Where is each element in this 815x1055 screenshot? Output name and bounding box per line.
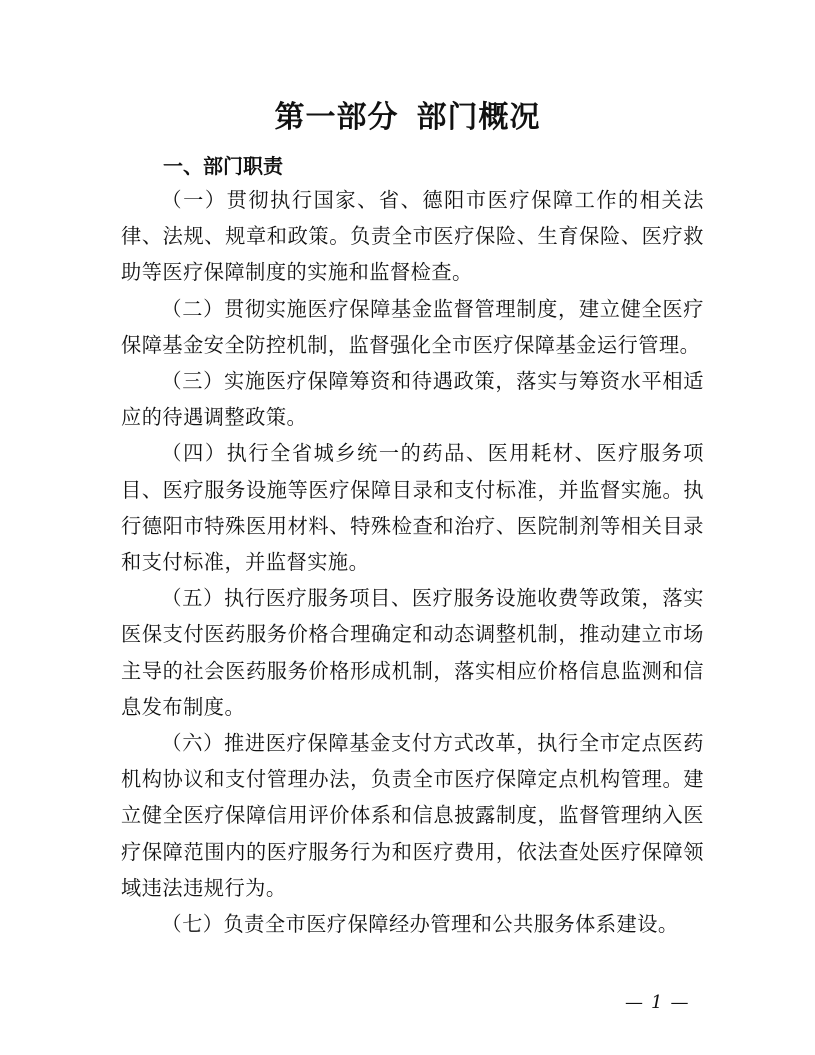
section-heading: 一、部门职责: [163, 150, 283, 179]
page-number: —1—: [625, 992, 690, 1013]
page-number-dash-left: —: [625, 992, 645, 1013]
paragraph-7: （七）负责全市医疗保障经办管理和公共服务体系建设。: [121, 906, 704, 942]
page-number-value: 1: [651, 992, 664, 1013]
document-body: （一）贯彻执行国家、省、德阳市医疗保障工作的相关法律、法规、规章和政策。负责全市…: [121, 182, 704, 942]
title-main: 部门概况: [417, 100, 541, 135]
paragraph-2: （二）贯彻实施医疗保障基金监督管理制度，建立健全医疗保障基金安全防控机制，监督强…: [121, 291, 704, 363]
paragraph-1: （一）贯彻执行国家、省、德阳市医疗保障工作的相关法律、法规、规章和政策。负责全市…: [121, 182, 704, 291]
document-page: 第一部分部门概况 一、部门职责 （一）贯彻执行国家、省、德阳市医疗保障工作的相关…: [0, 0, 815, 1055]
paragraph-4: （四）执行全省城乡统一的药品、医用耗材、医疗服务项目、医疗服务设施等医疗保障目录…: [121, 435, 704, 580]
page-number-dash-right: —: [670, 992, 690, 1013]
paragraph-6: （六）推进医疗保障基金支付方式改革，执行全市定点医药机构协议和支付管理办法，负责…: [121, 725, 704, 906]
paragraph-3: （三）实施医疗保障筹资和待遇政策，落实与筹资水平相适应的待遇调整政策。: [121, 363, 704, 435]
title-part: 第一部分: [275, 100, 399, 135]
page-title: 第一部分部门概况: [0, 92, 815, 136]
paragraph-5: （五）执行医疗服务项目、医疗服务设施收费等政策，落实医保支付医药服务价格合理确定…: [121, 580, 704, 725]
